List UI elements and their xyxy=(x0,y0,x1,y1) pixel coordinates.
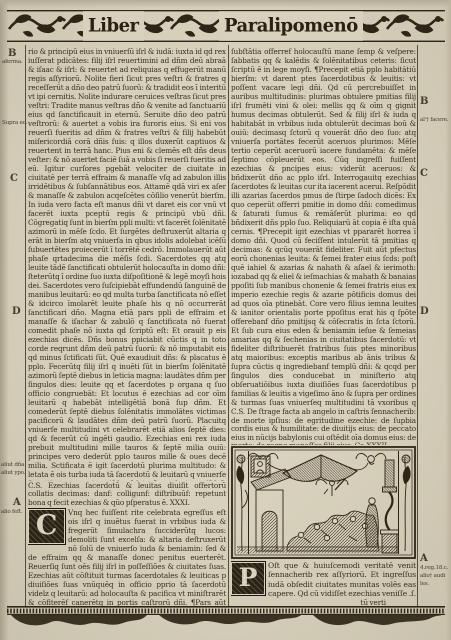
header-ornament-band: Liber Paralipomenō xyxy=(7,9,445,44)
left-margin-letter-b: B xyxy=(8,48,16,59)
right-margin-letter-c: C xyxy=(420,168,428,179)
page-edge-shadow-top xyxy=(0,0,451,8)
column-rule-left xyxy=(25,45,26,607)
column-rule-right xyxy=(417,45,418,607)
right-margin-letter-b: B xyxy=(420,96,428,107)
decorated-initial-c: C xyxy=(28,509,65,544)
left-column-body-text: rio & principū eius in vniuerſū iſrl & i… xyxy=(28,47,226,481)
book-title-liber: Liber xyxy=(83,11,144,41)
right-margin-ref-note-2: alio† audi xyxy=(420,573,445,579)
right-margin-note-facere: al'† facere. xyxy=(420,117,448,123)
decorated-initial-p: P xyxy=(231,562,265,595)
page-edge-shadow-left xyxy=(0,0,9,640)
book-page: Liber Paralipomenō B aferma. Supra eo. C… xyxy=(0,0,451,640)
foliate-footer-ornament-icon xyxy=(7,606,445,629)
right-margin-ref-note-3: les. xyxy=(420,581,429,587)
chapter-32-summary: C.S. De ſtrage facta ab angelo in caſtri… xyxy=(231,408,416,445)
column-rule-center xyxy=(228,45,229,607)
woodcut-scene-icon xyxy=(231,446,416,559)
left-margin-letter-c: C xyxy=(10,173,18,184)
right-column-body-text: ſubſtātia offerref holocauſtū mane ſemp … xyxy=(231,47,416,408)
chapter-31-text: CVnq hec fuiſſent rite celebrata egreſſu… xyxy=(28,508,226,606)
right-margin-ref-note-1: 4.reg.18.c. xyxy=(420,565,448,571)
chapter-31-summary: C.S. Ezechias ſacerdotū & leuitas diuiſi… xyxy=(28,482,226,507)
left-margin-note-aferma: aferma. xyxy=(2,59,22,65)
right-margin-letter-d: D xyxy=(420,306,429,317)
left-margin-variant-note-1: aliut dña xyxy=(1,462,24,468)
left-margin-letter-d: D xyxy=(12,306,21,317)
page-edge-shadow-right xyxy=(445,0,451,640)
sennacherib-camp-woodcut-illustration xyxy=(231,446,416,559)
book-title-paralipomenon: Paralipomenō xyxy=(219,11,363,41)
left-margin-note-supra: Supra eo. xyxy=(2,120,27,126)
bottom-ornament-band xyxy=(7,606,445,629)
left-margin-note-alio-fest: alio feſt. xyxy=(1,509,23,515)
left-margin-letter-a: A xyxy=(13,497,21,508)
right-margin-letter-a: A xyxy=(420,553,428,564)
chapter-32-text: POſt que & huiuſcemodi veritatē venit ſe… xyxy=(231,561,416,598)
left-margin-variant-note-2: aliut ypo. xyxy=(1,470,25,476)
